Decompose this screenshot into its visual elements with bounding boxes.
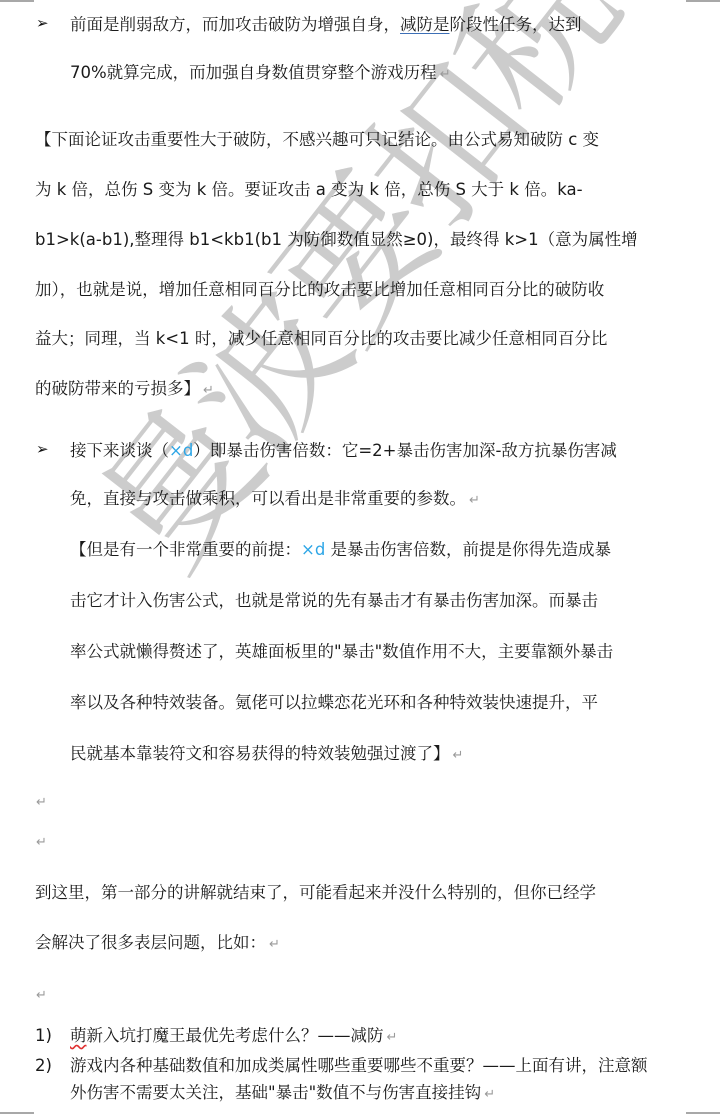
spellcheck-flag[interactable]: 萌 (70, 1026, 87, 1045)
paragraph-mark-icon: ↵ (484, 1087, 495, 1102)
list-item-2-line2: 外伤害不需要太关注，基础"暴击"数值不与伤害直接挂钩↵ (70, 1082, 495, 1106)
list-item-1: 萌新入坑打魔王最优先考虑什么？——减防↵ (70, 1025, 397, 1049)
xd-highlight: ×d (301, 540, 325, 559)
note-line-3: 率公式就懒得赘述了，英雄面板里的"暴击"数值作用不大，主要靠额外暴击 (70, 641, 613, 663)
list-number: 1) (35, 1025, 52, 1047)
paragraph-mark-icon: ↵ (469, 493, 480, 508)
note-line-1: 【但是有一个非常重要的前提：×d 是暴击伤害倍数，前提是你得先造成暴 (70, 539, 611, 561)
section1-line1: 前面是削弱敌方，而加攻击破防为增强自身，减防是阶段性任务，达到 (70, 14, 582, 36)
section1-line2: 70%就算完成，而加强自身数值贯穿整个游戏历程↵ (70, 62, 451, 86)
paragraph-mark-icon: ↵ (453, 748, 464, 763)
watermark: 曼波要扣税 (40, 0, 653, 603)
summary-line-2: 会解决了很多表层问题，比如：↵ (35, 932, 280, 956)
proof-line-4: 加），也就是说，增加任意相同百分比的攻击要比增加任意相同百分比的破防收 (35, 279, 604, 301)
proof-line-2: 为 k 倍，总伤 S 变为 k 倍。要证攻击 a 变为 k 倍，总伤 S 大于 … (35, 179, 583, 201)
underlined-text[interactable]: 减防是 (400, 15, 450, 34)
crop-mark-top-right (686, 0, 720, 2)
note-line-5: 民就基本靠装符文和容易获得的特效装勉强过渡了】↵ (70, 743, 463, 767)
proof-line-3: b1>k(a-b1),整理得 b1<kb1(b1 为防御数值显然≥0)，最终得 … (35, 229, 638, 251)
paragraph-mark-icon: ↵ (269, 937, 280, 952)
note-line-2: 击它才计入伤害公式，也就是常说的先有暴击才有暴击伤害加深。而暴击 (70, 590, 598, 612)
list-number: 2) (35, 1055, 52, 1077)
empty-paragraph-mark: ↵ (36, 832, 47, 854)
list-item-2-line1: 游戏内各种基础数值和加成类属性哪些重要哪些不重要？——上面有讲，注意额 (70, 1055, 648, 1077)
bullet-icon: ➢ (36, 14, 49, 32)
paragraph-mark-icon: ↵ (203, 383, 214, 398)
note-line-4: 率以及各种特效装备。氪佬可以拉蝶恋花光环和各种特效装快速提升，平 (70, 692, 598, 714)
empty-paragraph-mark: ↵ (36, 792, 47, 814)
section2-line1: 接下来谈谈（×d）即暴击伤害倍数：它=2+暴击伤害加深-敌方抗暴伤害减 (70, 440, 617, 462)
crop-mark-top-left (0, 0, 34, 2)
proof-line-1: 【下面论证攻击重要性大于破防，不感兴趣可只记结论。由公式易知破防 c 变 (35, 129, 599, 151)
xd-highlight: ×d (169, 441, 193, 460)
section2-line2: 免，直接与攻击做乘积，可以看出是非常重要的参数。↵ (70, 488, 480, 512)
proof-line-5: 益大；同理，当 k<1 时，减少任意相同百分比的攻击要比减少任意相同百分比 (35, 328, 607, 350)
document-page: 曼波要扣税 ➢ 前面是削弱敌方，而加攻击破防为增强自身，减防是阶段性任务，达到 … (0, 0, 720, 1114)
bullet-icon: ➢ (36, 440, 49, 458)
paragraph-mark-icon: ↵ (387, 1030, 398, 1045)
summary-line-1: 到这里，第一部分的讲解就结束了，可能看起来并没什么特别的，但你已经学 (35, 882, 596, 904)
paragraph-mark-icon: ↵ (440, 67, 451, 82)
proof-line-6: 的破防带来的亏损多】↵ (35, 378, 214, 402)
empty-paragraph-mark: ↵ (36, 985, 47, 1007)
